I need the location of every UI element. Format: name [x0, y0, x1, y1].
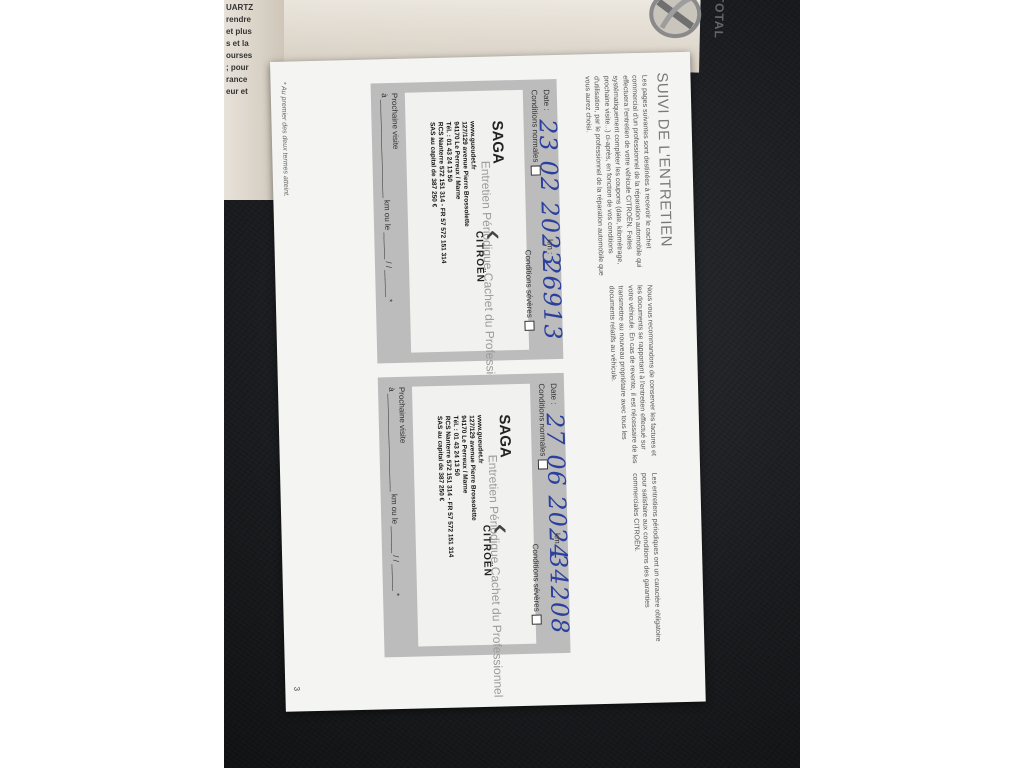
- next-visit-km-label: km ou le: [390, 494, 400, 524]
- page-title: SUIVI DE L'ENTRETIEN: [653, 72, 674, 247]
- conditions-severe-checkbox[interactable]: [524, 321, 534, 331]
- stamp-company: SAGA: [496, 414, 514, 458]
- conditions-normal-checkbox[interactable]: [531, 165, 541, 175]
- conditions-normal-checkbox[interactable]: [538, 459, 548, 469]
- stamp-line: Tél. : 01 43 24 13 50: [451, 415, 460, 476]
- cover-text-line: ; pour: [226, 62, 276, 74]
- recommendation-text: Nous vous recommandons de conserver les …: [606, 285, 658, 466]
- stamp-line: Tél. : 01 43 24 13 50: [444, 122, 453, 183]
- photo: TOTAL veloppe UARTZ rendre et plus s et …: [224, 0, 800, 768]
- footnote: * Au premier des deux termes atteint.: [279, 82, 289, 197]
- cover-text-line: rance: [226, 74, 276, 86]
- next-visit-date: / /: [384, 261, 393, 268]
- next-visit-at: à: [387, 387, 396, 392]
- conditions-severe: Conditions sévères: [523, 250, 535, 331]
- asterisk: *: [385, 299, 394, 302]
- conditions-severe: Conditions sévères: [530, 544, 542, 625]
- km-value[interactable]: 34208: [544, 553, 574, 635]
- date-label: Date :: [542, 89, 552, 111]
- coupon-1: Date : 23 02 2023 km : 26913 Conditions …: [371, 79, 564, 363]
- km-value[interactable]: 26913: [537, 259, 567, 341]
- conditions-severe-label: Conditions sévères: [531, 544, 542, 612]
- cover-text-line: et plus: [226, 26, 276, 38]
- brand-total: TOTAL: [712, 0, 727, 39]
- page-number: 3: [292, 686, 301, 691]
- total-logo-icon: [640, 0, 711, 45]
- conditions-severe-checkbox[interactable]: [532, 615, 542, 625]
- next-visit-km-label: km ou le: [382, 200, 392, 230]
- stamp-line: www.gueudet.fr: [468, 121, 477, 170]
- coupon-2: Date : 27 06 2024 km : 34208 Conditions …: [378, 373, 571, 657]
- km-label: km :: [553, 533, 562, 548]
- conditions-severe-label: Conditions sévères: [524, 250, 535, 318]
- intro-text: Les pages suivantes sont destinées à rec…: [582, 75, 653, 277]
- stamp-line: www.gueudet.fr: [475, 415, 484, 464]
- previous-page-text: veloppe UARTZ rendre et plus s et la our…: [226, 0, 276, 98]
- next-visit-at: à: [380, 93, 389, 98]
- maintenance-page: SUIVI DE L'ENTRETIEN Les pages suivantes…: [270, 52, 706, 712]
- stamp-company: SAGA: [488, 120, 506, 164]
- stamp-brand: CITROËN: [473, 231, 485, 283]
- asterisk: *: [392, 593, 401, 596]
- cover-text-line: rendre: [226, 14, 276, 26]
- conditions-normal-label: Conditions normales: [530, 89, 541, 162]
- next-visit-date: / /: [391, 555, 400, 562]
- conditions-normal-label: Conditions normales: [537, 383, 548, 456]
- next-visit-label: Prochaine visite: [390, 93, 400, 150]
- warranty-text: Les entretiens périodiques ont un caract…: [630, 473, 663, 644]
- next-visit-label: Prochaine visite: [397, 387, 407, 444]
- conditions-normal: Conditions normales: [529, 89, 541, 175]
- stamp-brand: CITROËN: [480, 525, 492, 577]
- cover-text-line: s et la: [226, 38, 276, 50]
- cover-text-line: eur et: [226, 86, 276, 98]
- date-label: Date :: [549, 383, 559, 405]
- conditions-normal: Conditions normales: [536, 383, 548, 469]
- cover-text-line: UARTZ: [226, 2, 276, 14]
- km-label: km :: [545, 239, 554, 254]
- cover-text-line: ourses: [226, 50, 276, 62]
